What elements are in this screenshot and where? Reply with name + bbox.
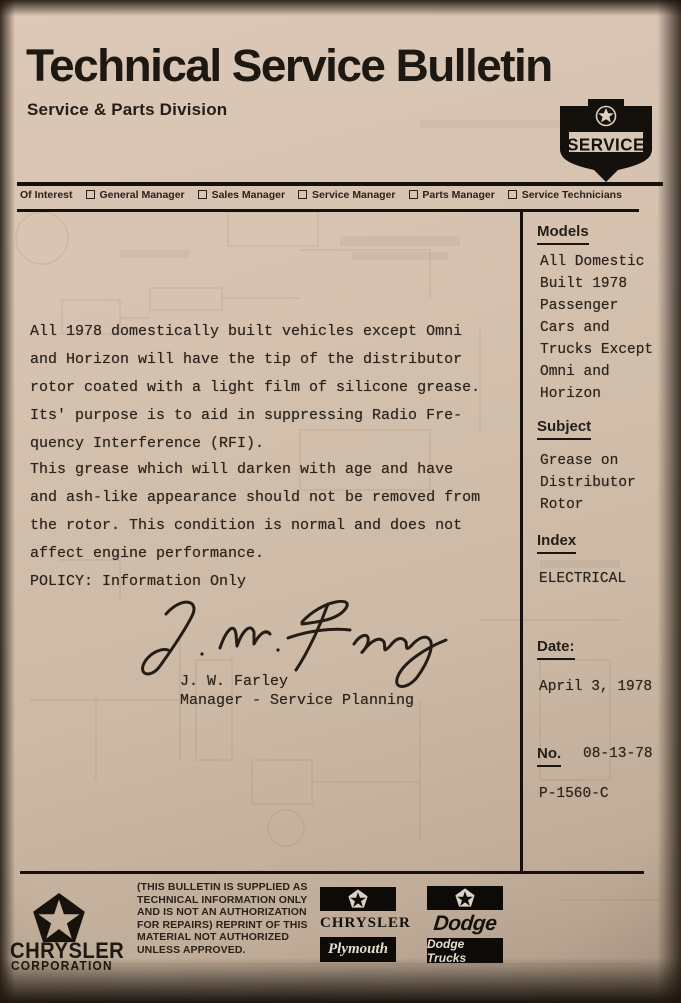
models-label: Models <box>537 223 589 245</box>
interest-item-sales-manager: Sales Manager <box>192 189 285 201</box>
interest-item-general-manager: General Manager <box>80 189 185 201</box>
checkbox-service-manager[interactable] <box>298 190 307 199</box>
header-rule-bottom <box>17 209 639 212</box>
sidebar-section-models: Models All Domestic Built 1978 Passenger… <box>537 223 653 405</box>
subject-label: Subject <box>537 418 591 440</box>
date-label: Date: <box>537 638 575 660</box>
interest-label: Of Interest <box>20 189 73 201</box>
signatory-title: Manager - Service Planning <box>180 691 414 710</box>
chrysler-corporation-sub: CORPORATION <box>11 959 113 973</box>
plymouth-brand-bar: Plymouth <box>320 937 396 962</box>
signatory-name: J. W. Farley <box>180 672 288 691</box>
sidebar-section-date: Date: April 3, 1978 <box>537 638 652 698</box>
checkbox-parts-manager[interactable] <box>409 190 418 199</box>
dodge-trucks-brand-bar: Dodge Trucks <box>427 938 503 963</box>
body-paragraph-2: This grease which will darken with age a… <box>30 456 520 568</box>
checkbox-service-technicians[interactable] <box>508 190 517 199</box>
chrysler-brand-bar <box>320 887 396 911</box>
subject-value: Grease on Distributor Rotor <box>540 450 636 516</box>
number-value: 08-13-78 <box>583 743 653 765</box>
sidebar-divider <box>520 211 523 872</box>
chrysler-brand-text: CHRYSLER <box>320 915 396 932</box>
sidebar-section-index: Index ELECTRICAL <box>537 532 626 590</box>
footer-disclaimer: (THIS BULLETIN IS SUPPLIED AS TECHNICAL … <box>137 881 327 956</box>
dodge-brand-bar <box>427 886 503 910</box>
dodge-trucks-brand-text: Dodge Trucks <box>427 937 503 965</box>
chrysler-pentastar-icon <box>31 893 87 943</box>
interest-item-service-manager: Service Manager <box>292 189 395 201</box>
interest-item-service-technicians: Service Technicians <box>502 189 622 201</box>
interest-item-parts-manager: Parts Manager <box>403 189 495 201</box>
sidebar-section-number: No. 08-13-78 P-1560-C <box>537 745 609 805</box>
plymouth-brand-text: Plymouth <box>328 941 388 958</box>
dodge-brand-text: Dodge <box>426 912 505 936</box>
pentastar-icon <box>346 888 370 910</box>
index-label: Index <box>537 532 576 554</box>
footer-rule <box>20 871 644 874</box>
checkbox-general-manager[interactable] <box>86 190 95 199</box>
bulletin-code: P-1560-C <box>539 783 609 805</box>
index-value: ELECTRICAL <box>539 568 626 590</box>
interest-checklist: Of Interest General Manager Sales Manage… <box>20 189 622 201</box>
date-value: April 3, 1978 <box>539 676 652 698</box>
body-paragraph-1: All 1978 domestically built vehicles exc… <box>30 318 520 458</box>
number-label: No. <box>537 745 561 767</box>
checkbox-sales-manager[interactable] <box>198 190 207 199</box>
service-badge-text: SERVICE <box>567 134 645 154</box>
bulletin-document: Technical Service Bulletin Service & Par… <box>0 0 681 1003</box>
models-value: All Domestic Built 1978 Passenger Cars a… <box>540 251 653 405</box>
service-shield-logo: SERVICE <box>556 94 656 186</box>
sidebar-section-subject: Subject Grease on Distributor Rotor <box>537 418 636 516</box>
pentastar-icon <box>453 887 477 909</box>
